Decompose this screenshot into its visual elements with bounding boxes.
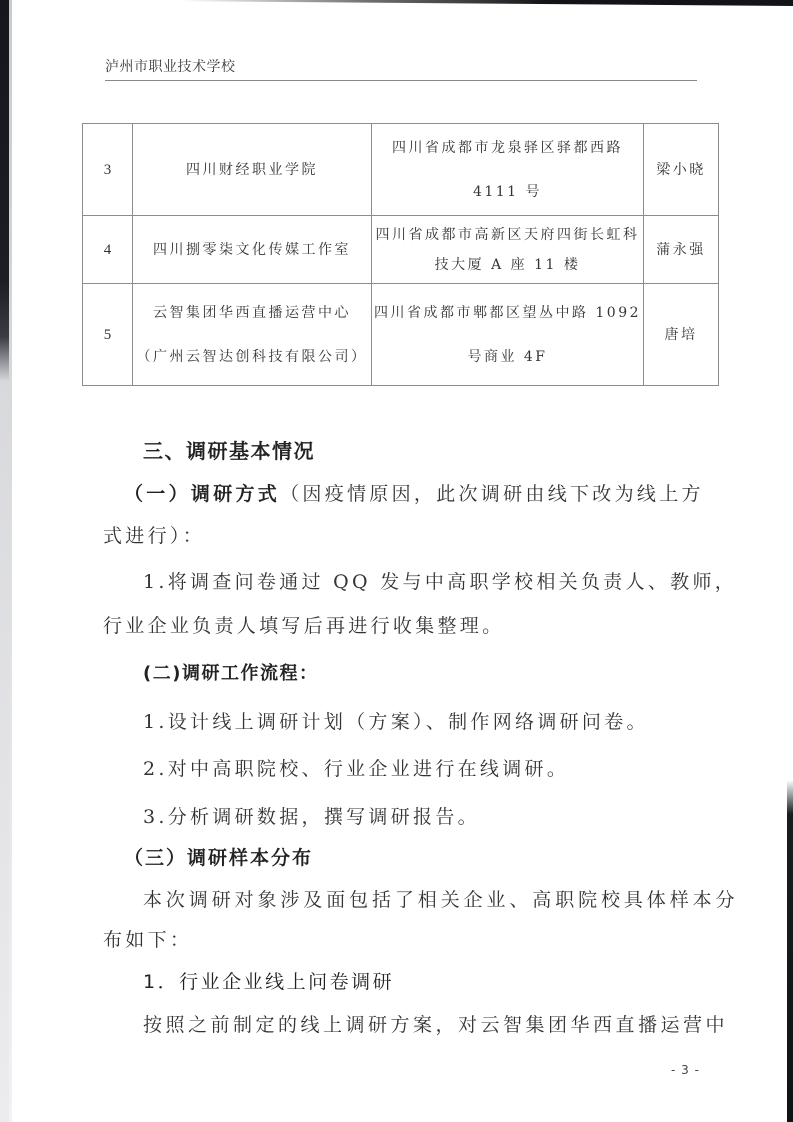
address-line: 4111 号	[372, 177, 643, 207]
contact-person: 梁小晓	[644, 124, 719, 216]
method-paragraph: （一）调研方式（因疫情原因，此次调研由线下改为线上方	[124, 482, 704, 506]
organization-address: 四川省成都市龙泉驿区驿都西路 4111 号	[372, 124, 644, 216]
organization-name: 云智集团华西直播运营中心 （广州云智达创科技有限公司）	[133, 284, 372, 386]
process-item-3: 3.分析调研数据，撰写调研报告。	[143, 805, 480, 829]
scan-edge-left-shadow	[9, 0, 12, 1122]
sample-paragraph: 按照之前制定的线上调研方案，对云智集团华西直播运营中	[143, 1013, 728, 1037]
organization-name: 四川捌零柒文化传媒工作室	[133, 216, 372, 284]
sample-intro-continuation: 布如下：	[103, 928, 192, 952]
row-number: 3	[83, 124, 133, 216]
scan-edge-right	[787, 780, 793, 1122]
process-item-2: 2.对中高职院校、行业企业进行在线调研。	[143, 757, 569, 781]
method-item-1-continuation: 行业企业负责人填写后再进行收集整理。	[103, 614, 504, 638]
method-heading: （一）调研方式	[124, 483, 280, 505]
method-note: （因疫情原因，此次调研由线下改为线上方	[280, 483, 704, 505]
section-heading: 三、调研基本情况	[143, 439, 315, 463]
contact-person: 唐培	[644, 284, 719, 386]
table-row: 3 四川财经职业学院 四川省成都市龙泉驿区驿都西路 4111 号 梁小晓	[83, 124, 719, 216]
address-line: 四川省成都市龙泉驿区驿都西路	[372, 133, 643, 163]
organization-address: 四川省成都市郫都区望丛中路 1092 号商业 4F	[372, 284, 644, 386]
address-line: 号商业 4F	[372, 342, 643, 372]
sample-intro: 本次调研对象涉及面包括了相关企业、高职院校具体样本分	[143, 888, 738, 912]
running-header-school-name: 泸州市职业技术学校	[105, 56, 236, 76]
organization-name-line: 四川财经职业学院	[133, 155, 371, 185]
address-line: 技大厦 A 座 11 楼	[372, 250, 643, 280]
table-row: 4 四川捌零柒文化传媒工作室 四川省成都市高新区天府四街长虹科 技大厦 A 座 …	[83, 216, 719, 284]
contact-person: 蒲永强	[644, 216, 719, 284]
organization-address: 四川省成都市高新区天府四街长虹科 技大厦 A 座 11 楼	[372, 216, 644, 284]
method-note-continuation: 式进行）：	[103, 524, 205, 548]
organization-name-line: 云智集团华西直播运营中心	[133, 298, 371, 328]
row-number: 4	[83, 216, 133, 284]
sample-heading: （三）调研样本分布	[124, 846, 313, 870]
method-item-1: 1.将调查问卷通过 QQ 发与中高职学校相关负责人、教师，	[143, 570, 737, 594]
process-heading: (二)调研工作流程：	[143, 662, 318, 686]
process-item-1: 1.设计线上调研计划（方案）、制作网络调研问卷。	[143, 710, 649, 734]
address-line: 四川省成都市高新区天府四街长虹科	[372, 220, 643, 250]
research-organizations-table: 3 四川财经职业学院 四川省成都市龙泉驿区驿都西路 4111 号 梁小晓 4 四…	[82, 123, 719, 386]
sample-subheading: 1．行业企业线上问卷调研	[143, 970, 394, 994]
organization-name-line: （广州云智达创科技有限公司）	[133, 342, 371, 372]
scan-edge-top	[180, 0, 793, 6]
page-number: - 3 -	[671, 1063, 700, 1077]
scan-edge-left	[0, 0, 9, 1122]
organization-name-line: 四川捌零柒文化传媒工作室	[133, 235, 371, 265]
address-line: 四川省成都市郫都区望丛中路 1092	[372, 298, 643, 328]
organization-name: 四川财经职业学院	[133, 124, 372, 216]
header-rule	[105, 80, 697, 81]
row-number: 5	[83, 284, 133, 386]
table-row: 5 云智集团华西直播运营中心 （广州云智达创科技有限公司） 四川省成都市郫都区望…	[83, 284, 719, 386]
